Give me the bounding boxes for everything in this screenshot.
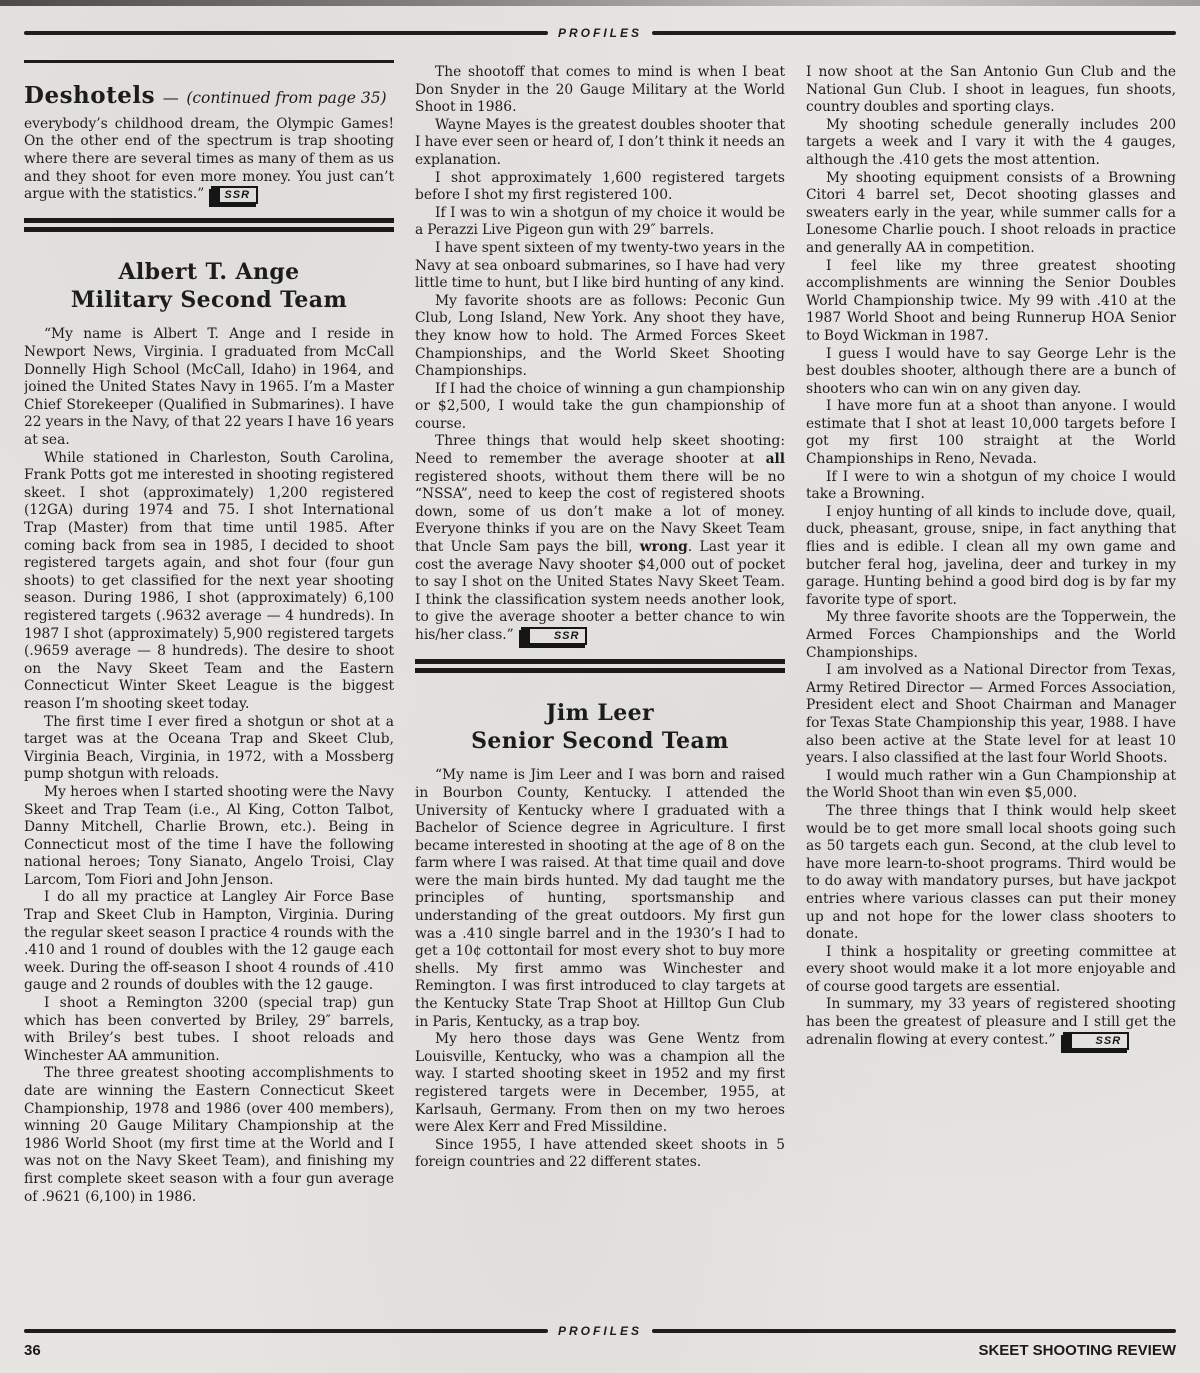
paragraph: Wayne Mayes is the greatest doubles shoo…: [415, 117, 785, 170]
paragraph: If I had the choice of winning a gun cha…: [415, 381, 785, 434]
leer-section-rule: [415, 659, 785, 673]
footer-rule-left: [24, 1329, 548, 1333]
ssr-end-badge: SSR: [211, 186, 258, 204]
closing-run-bold: wrong: [640, 539, 688, 555]
page-footer: PROFILES 36 SKEET SHOOTING REVIEW: [24, 1314, 1176, 1359]
ange-closing-paragraph: Three things that would help skeet shoot…: [415, 433, 785, 645]
paragraph: I shoot a Remington 3200 (special trap) …: [24, 995, 394, 1065]
paragraph: While stationed in Charleston, South Car…: [24, 450, 394, 714]
paragraph: The three greatest shooting accomplishme…: [24, 1065, 394, 1206]
paragraph: My hero those days was Gene Wentz from L…: [415, 1031, 785, 1137]
paragraph: I shot approximately 1,600 registered ta…: [415, 170, 785, 205]
leer-team-title: Senior Second Team: [415, 727, 785, 755]
header-rule-left: [24, 31, 548, 35]
paragraph: If I was to win a shotgun of my choice i…: [415, 205, 785, 240]
paragraph: I feel like my three greatest shooting a…: [806, 258, 1176, 346]
column-1: Deshotels — (continued from page 35) eve…: [24, 56, 394, 1314]
page-header: PROFILES: [24, 26, 1176, 40]
paragraph: The three things that I think would help…: [806, 803, 1176, 944]
leer-closing-paragraph: In summary, my 33 years of registered sh…: [806, 996, 1176, 1049]
column-top-spacer: [415, 56, 785, 64]
journal-title: SKEET SHOOTING REVIEW: [978, 1342, 1176, 1359]
ssr-end-badge: SSR: [1063, 1032, 1130, 1050]
paragraph: I now shoot at the San Antonio Gun Club …: [806, 64, 1176, 117]
paragraph: My three favorite shoots are the Topperw…: [806, 609, 1176, 662]
deshotels-continued-note: (continued from page 35): [186, 89, 386, 107]
page-number: 36: [24, 1342, 41, 1359]
paragraph: I have more fun at a shoot than anyone. …: [806, 398, 1176, 468]
column-2: The shootoff that comes to mind is when …: [415, 56, 785, 1314]
footer-meta-row: 36 SKEET SHOOTING REVIEW: [24, 1342, 1176, 1359]
ange-article-heading: Albert T. Ange Military Second Team: [24, 258, 394, 314]
leer-name: Jim Leer: [415, 699, 785, 727]
paragraph: I have spent sixteen of my twenty-two ye…: [415, 240, 785, 293]
deshotels-continuation-box: Deshotels — (continued from page 35) eve…: [24, 60, 394, 232]
ange-name: Albert T. Ange: [24, 258, 394, 286]
paragraph: The first time I ever fired a shotgun or…: [24, 714, 394, 784]
paragraph: “My name is Albert T. Ange and I reside …: [24, 326, 394, 449]
paragraph: My favorite shoots are as follows: Pecon…: [415, 293, 785, 381]
deshotels-body-paragraph: everybody’s childhood dream, the Olympic…: [24, 116, 394, 204]
leer-article-heading: Jim Leer Senior Second Team: [415, 699, 785, 755]
deshotels-title: Deshotels: [24, 82, 155, 109]
deshotels-top-rule: [24, 60, 394, 63]
deshotels-heading: Deshotels — (continued from page 35): [24, 81, 394, 110]
deshotels-bottom-rule: [24, 218, 394, 232]
paragraph: I do all my practice at Langley Air Forc…: [24, 889, 394, 995]
paragraph: The shootoff that comes to mind is when …: [415, 64, 785, 117]
paragraph: I guess I would have to say George Lehr …: [806, 346, 1176, 399]
deshotels-dash: —: [163, 88, 179, 107]
deshotels-body-text: everybody’s childhood dream, the Olympic…: [24, 116, 394, 202]
paragraph: “My name is Jim Leer and I was born and …: [415, 767, 785, 1031]
paragraph: I would much rather win a Gun Championsh…: [806, 768, 1176, 803]
paragraph: Since 1955, I have attended skeet shoots…: [415, 1137, 785, 1172]
closing-run: Three things that would help skeet shoot…: [415, 433, 785, 467]
paragraph: I think a hospitality or greeting commit…: [806, 944, 1176, 997]
footer-rule-row: PROFILES: [24, 1324, 1176, 1338]
closing-run-bold: all: [766, 451, 785, 467]
header-profiles-label: PROFILES: [548, 26, 652, 40]
paragraph: I enjoy hunting of all kinds to include …: [806, 504, 1176, 610]
paragraph: If I were to win a shotgun of my choice …: [806, 469, 1176, 504]
ange-team-title: Military Second Team: [24, 286, 394, 314]
header-rule-right: [652, 31, 1176, 35]
scan-edge-artifact: [0, 0, 1200, 6]
column-3: I now shoot at the San Antonio Gun Club …: [806, 56, 1176, 1314]
paragraph: My heroes when I started shooting were t…: [24, 784, 394, 890]
paragraph: My shooting equipment consists of a Brow…: [806, 170, 1176, 258]
paragraph: I am involved as a National Director fro…: [806, 662, 1176, 768]
footer-profiles-label: PROFILES: [548, 1324, 652, 1338]
paragraph: My shooting schedule generally includes …: [806, 117, 1176, 170]
column-layout: Deshotels — (continued from page 35) eve…: [24, 56, 1176, 1314]
magazine-page: PROFILES Deshotels — (continued from pag…: [0, 0, 1200, 1373]
ssr-end-badge: SSR: [521, 627, 588, 645]
footer-rule-right: [652, 1329, 1176, 1333]
column-top-spacer: [806, 56, 1176, 64]
